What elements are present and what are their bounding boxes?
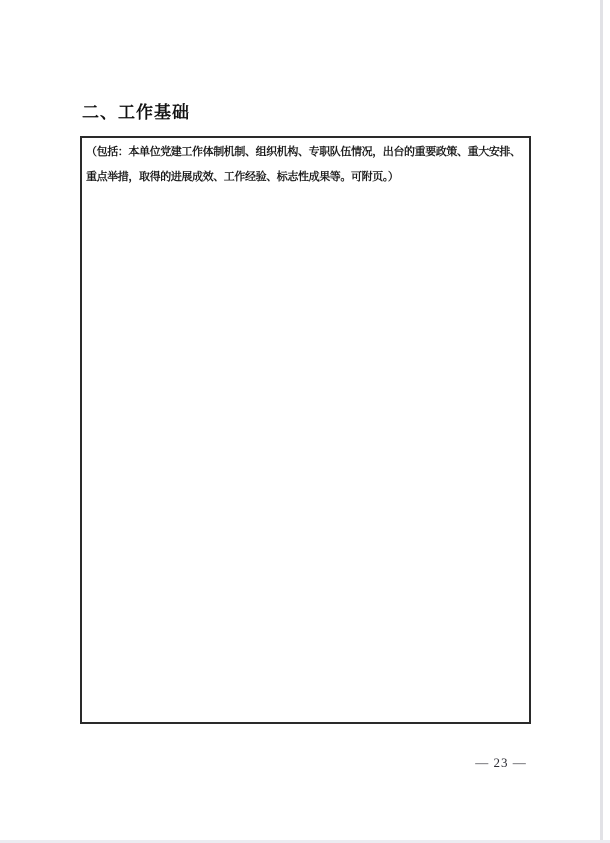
document-page: 二、工作基础 （包括：本单位党建工作体制机制、组织机构、专职队伍情况，出台的重要… <box>0 0 610 843</box>
work-foundation-content-box: （包括：本单位党建工作体制机制、组织机构、专职队伍情况，出台的重要政策、重大安排… <box>80 136 531 724</box>
box-instruction-line: 重点举措，取得的进展成效、工作经验、标志性成果等。可附页。） <box>86 165 525 190</box>
box-instruction-line: （包括：本单位党建工作体制机制、组织机构、专职队伍情况，出台的重要政策、重大安排… <box>86 140 525 165</box>
page-number: — 23 — <box>462 755 540 771</box>
section-heading: 二、工作基础 <box>82 98 190 123</box>
box-instruction-paragraph: （包括：本单位党建工作体制机制、组织机构、专职队伍情况，出台的重要政策、重大安排… <box>82 138 529 190</box>
page-edge-shadow-right <box>600 0 603 843</box>
